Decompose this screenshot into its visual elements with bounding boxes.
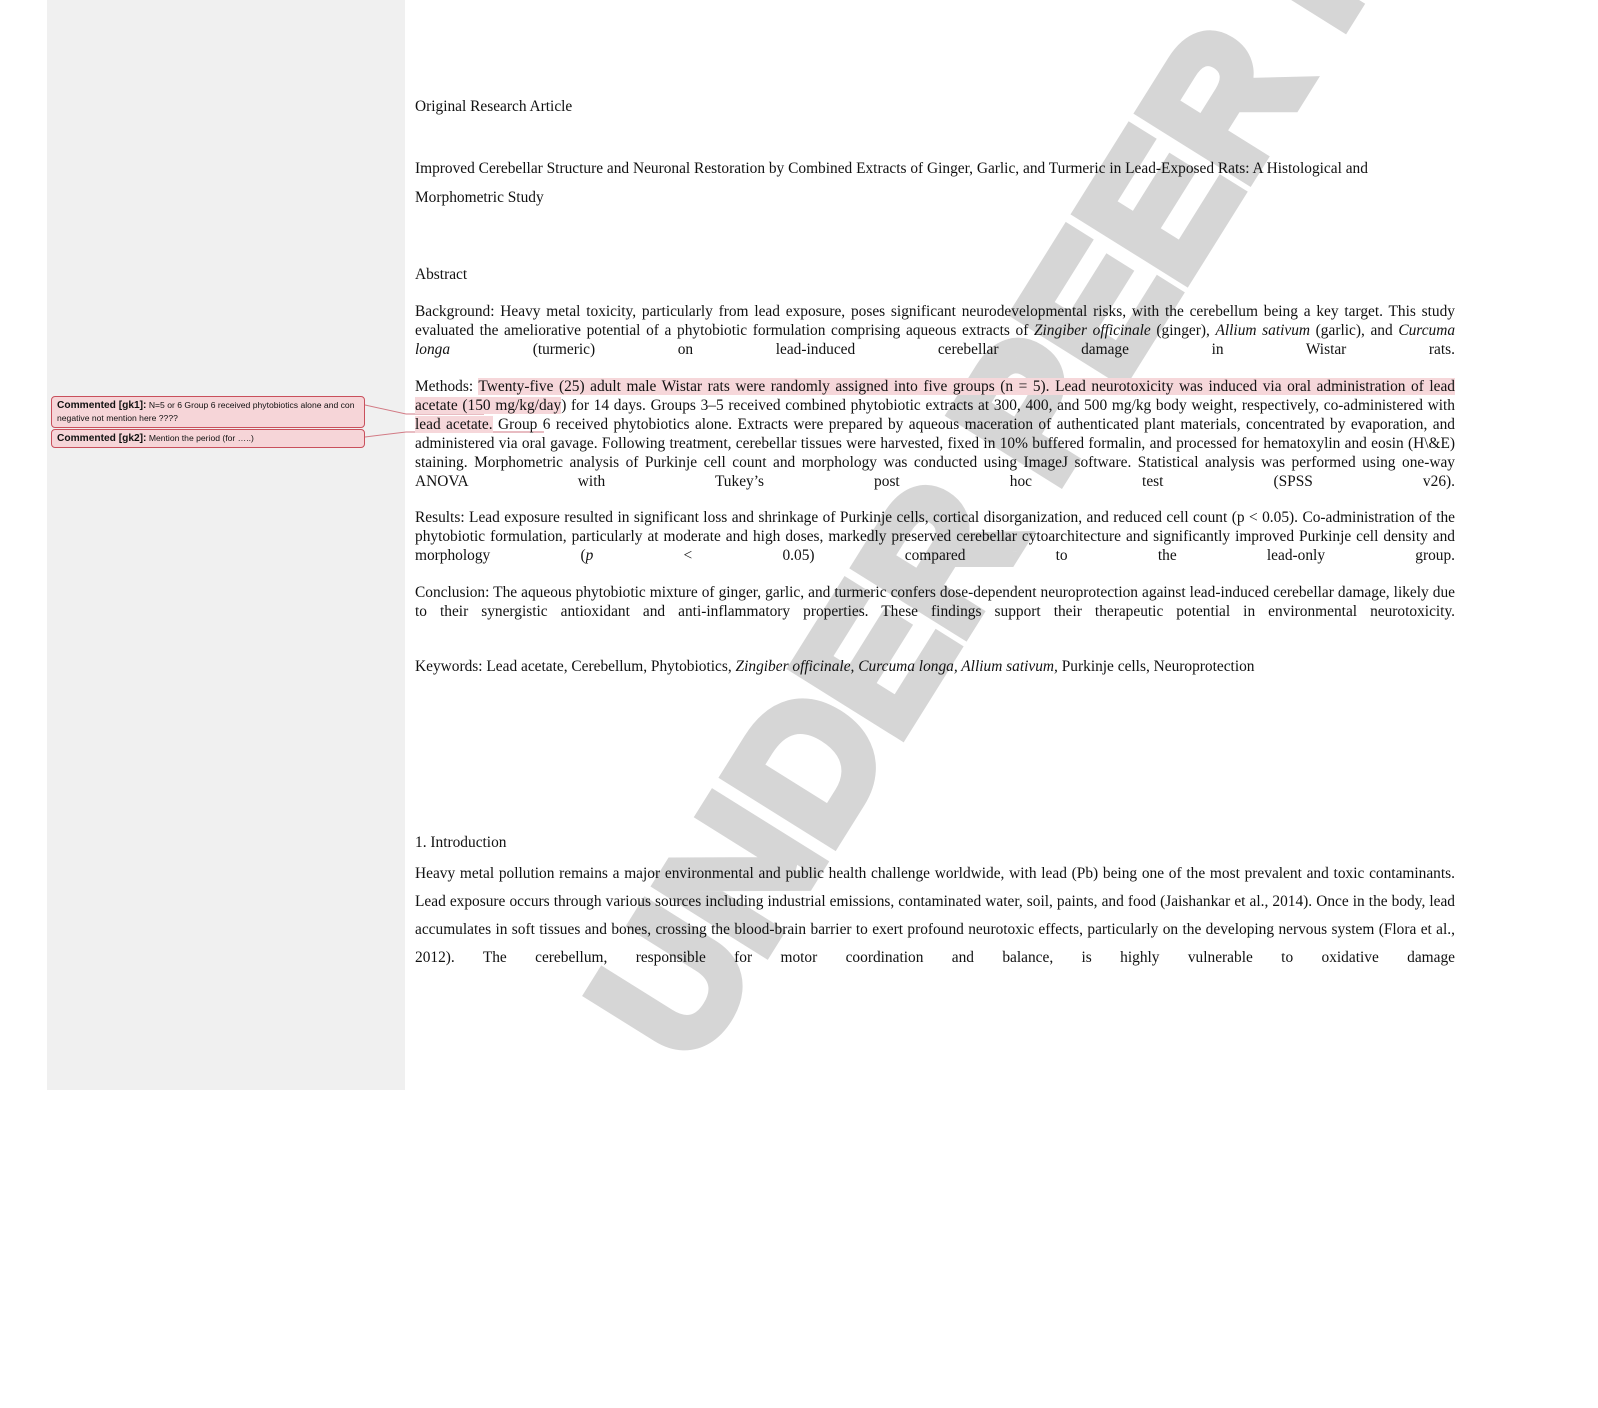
comment-pane xyxy=(47,0,405,1090)
comment-author: Commented [gk1]: xyxy=(57,400,146,411)
comment-text: Mention the period (for …..) xyxy=(149,433,254,443)
abstract-conclusion: Conclusion: The aqueous phytobiotic mixt… xyxy=(415,583,1455,640)
species-name: Allium sativum xyxy=(1215,322,1310,339)
species-name: Zingiber officinale xyxy=(1034,322,1151,339)
introduction-heading: 1. Introduction xyxy=(415,834,1455,852)
keyword-species: Zingiber officinale, Curcuma longa, Alli… xyxy=(736,658,1058,675)
introduction-paragraph: Heavy metal pollution remains a major en… xyxy=(415,860,1455,1000)
article-type: Original Research Article xyxy=(415,98,1455,116)
abstract-results: Results: Lead exposure resulted in signi… xyxy=(415,508,1455,584)
comment-author: Commented [gk2]: xyxy=(57,433,146,444)
keywords: Keywords: Lead acetate, Cerebellum, Phyt… xyxy=(415,658,1455,676)
article-title: Improved Cerebellar Structure and Neuron… xyxy=(415,154,1455,212)
abstract-background: Background: Heavy metal toxicity, partic… xyxy=(415,302,1455,378)
comment-gk2[interactable]: Commented [gk2]: Mention the period (for… xyxy=(51,429,365,448)
abstract-heading: Abstract xyxy=(415,266,1455,284)
comment-gk1[interactable]: Commented [gk1]: N=5 or 6 Group 6 receiv… xyxy=(51,396,365,428)
commented-text-gk2[interactable]: lead acetate. xyxy=(415,416,493,433)
abstract-methods: Methods: Twenty-five (25) adult male Wis… xyxy=(415,377,1455,510)
